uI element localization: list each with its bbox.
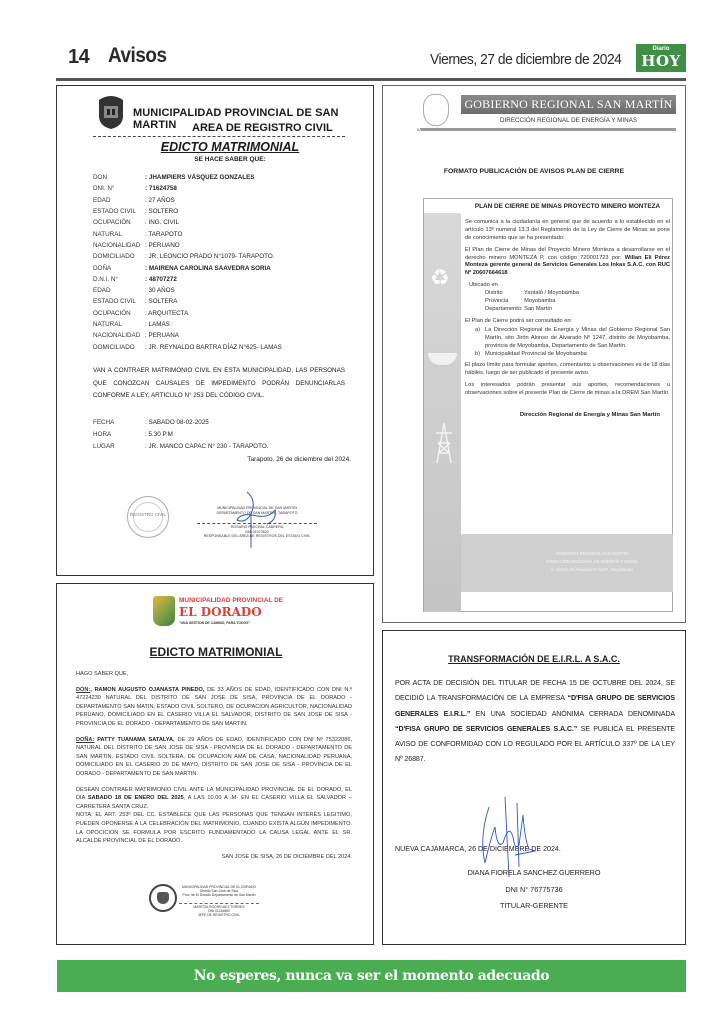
edict-subtitle: SE HACE SABER QUE: (57, 156, 373, 163)
consult-label: El Plan de Cierre podrá ser consultado e… (465, 318, 670, 326)
detail-row: DOÑA: MAIRENA CAROLINA SAAVEDRA SORIA (93, 262, 353, 273)
location-label: Departamento (485, 306, 521, 314)
registry-stamp: REGISTRO CIVIL (127, 496, 169, 538)
detail-row: LUGAR: JR. MANCO CAPAC N° 230 - TARAPOTO… (93, 440, 268, 452)
detail-value: : JR. REYNALDO BARTRA DÍAZ N°625- LAMAS (145, 344, 282, 351)
national-seal-icon (149, 884, 177, 912)
detail-value: : SOLTERO (145, 208, 178, 215)
edict-title: EDICTO MATRIMONIAL (57, 645, 373, 659)
detail-value: : LAMAS (145, 321, 170, 328)
detail-row: NACIONALIDAD: PERUANA (93, 330, 353, 341)
detail-row: NACIONALIDAD: PERUANO (93, 240, 353, 251)
page-number: 14 (68, 46, 89, 69)
plan-location: Ubicado en Distrito: Yantaló / Moyobamba… (465, 282, 670, 314)
detail-value: : MAIRENA CAROLINA SAAVEDRA SORIA (145, 265, 271, 272)
place-date: Tarapoto, 26 de diciembre del 2024. (247, 456, 351, 463)
detail-row: HORA: 5.30 P.M (93, 428, 268, 440)
signature-icon (475, 797, 545, 877)
place-date: SAN JOSE DE SISA, 26 DE DICIEMBRE DEL 20… (76, 853, 352, 862)
detail-row: OCUPACIÓN: ARQUITECTA (93, 308, 353, 319)
detail-label: DOMICILIADO (93, 253, 145, 260)
signer-role: TITULAR-GERENTE (383, 901, 685, 910)
power-tower-icon (434, 423, 454, 463)
plan-description: El Plan de Cierre de Minas del Proyecto … (465, 247, 670, 279)
notice-title: TRANSFORMACIÓN DE E.I.R.L. A S.A.C. (383, 654, 685, 664)
notice-company-transformation: TRANSFORMACIÓN DE E.I.R.L. A S.A.C. POR … (382, 630, 686, 945)
detail-label: D.N.I. N° (93, 276, 145, 283)
detail-label: NACIONALIDAD (93, 242, 145, 249)
detail-row: ESTADO CIVIL: SOLTERA (93, 296, 353, 307)
detail-label: DOMICILIADO (93, 344, 145, 351)
closure-plan-panel: ♻ PLAN DE CIERRE DE MINAS PROYECTO MINER… (423, 198, 673, 612)
closing-text: Los interesados podrán presentar sus apo… (465, 382, 670, 398)
groom-details: DON:, RAMON AUGUSTO OJANASTA PINEDO, DE … (76, 686, 352, 729)
notice-san-martin-marriage-edict: MUNICIPALIDAD PROVINCIAL DE SAN MARTIN A… (56, 85, 374, 576)
signature-block: MUNICIPALIDAD PROVINCIAL DE EL DORADO Di… (179, 885, 259, 917)
location-value: : San Martín (521, 306, 552, 314)
municipality-name-line1: MUNICIPALIDAD PROVINCIAL DE (179, 597, 283, 604)
plan-intro: Se comunica a la ciudadanía en general q… (465, 219, 670, 243)
detail-row: EDAD: 30 AÑOS (93, 285, 353, 296)
section-title: Avisos (108, 44, 167, 68)
plan-title: PLAN DE CIERRE DE MINAS PROYECTO MINERO … (465, 203, 670, 211)
org-department: AREA DE REGISTRO CIVIL (192, 122, 333, 134)
detail-value: : JR. LEONCIO PRADO N°1079- TARAPOTO. (145, 253, 275, 260)
recycle-icon: ♻ (430, 265, 450, 291)
detail-label: EDAD (93, 197, 145, 204)
footer-banner: No esperes, nunca va ser el momento adec… (57, 960, 686, 992)
government-banner: GOBIERNO REGIONAL SAN MARTÍN (461, 95, 676, 114)
detail-value: : PERUANO (145, 242, 180, 249)
detail-row: EDAD: 27 AÑOS (93, 195, 353, 206)
detail-label: OCUPACIÓN (93, 219, 145, 226)
issue-date: Viernes, 27 de diciembre de 2024 (430, 51, 621, 68)
detail-value: : SABADO 08-02-2025 (145, 419, 209, 426)
detail-value: : ARQUITECTA (145, 310, 188, 317)
government-footer: GOBIERNO REGIONAL SAN MARTÍN DIRECCIÓN R… (461, 534, 673, 592)
detail-row: DNI. N°: 71624758 (93, 183, 353, 194)
location-label: Provincia (485, 298, 521, 306)
signer-dni: DNI N° 76775736 (383, 885, 685, 894)
ceremony-details: DESEAN CONTRAER MATRIMONIO CIVIL ANTE LA… (76, 786, 352, 812)
header-rule (56, 78, 686, 81)
detail-label: NATURAL (93, 321, 145, 328)
newspaper-logo[interactable]: Diario HOY (636, 44, 686, 72)
detail-row: ESTADO CIVIL: SOLTERO (93, 206, 353, 217)
detail-label: DNI. N° (93, 185, 145, 192)
consult-place-item: b)Municipalidad Provincial de Moyobamba (475, 351, 670, 359)
detail-value: : 30 AÑOS (145, 287, 175, 294)
notice-mine-closure-plan: SAN MARTÍN GOBIERNO REGIONAL SAN MARTÍN … (382, 85, 686, 623)
logo-big-text: HOY (636, 53, 686, 70)
municipality-shield-icon (153, 596, 175, 626)
divider (421, 128, 676, 131)
legal-note: NOTA: EL ART. 253º DEL CC. ESTABLECE QUE… (76, 811, 352, 845)
detail-row: NATURAL: TARAPOTO (93, 228, 353, 239)
signature-block: MUNICIPALIDAD PROVINCIAL DE SAN MARTIN D… (197, 506, 317, 539)
detail-label: ESTADO CIVIL (93, 208, 145, 215)
detail-value: : 71624758 (145, 185, 177, 192)
detail-row: FECHA: SABADO 08-02-2025 (93, 416, 268, 428)
decorative-sidebar: ♻ (424, 213, 461, 612)
government-subtitle: DIRECCIÓN REGIONAL DE ENERGÍA Y MINAS (461, 117, 676, 124)
coat-of-arms-icon (95, 94, 127, 130)
detail-value: : PERUANA (145, 332, 179, 339)
consult-place-text: La Dirección Regional de Energía y Minas… (485, 327, 670, 351)
regional-crest-icon (423, 94, 449, 126)
notice-el-dorado-marriage-edict: MUNICIPALIDAD PROVINCIAL DE EL DORADO "U… (56, 583, 374, 945)
detail-value: : SOLTERA (145, 298, 177, 305)
list-marker: a) (475, 327, 485, 351)
detail-label: FECHA (93, 419, 145, 426)
location-label: Distrito (485, 290, 521, 298)
ceremony-details: FECHA: SABADO 08-02-2025HORA: 5.30 P.MLU… (93, 416, 268, 452)
edict-paragraph: VAN A CONTRAER MATRIMONIO CIVIL EN ESTA … (93, 365, 345, 403)
edict-title: EDICTO MATRIMONIAL (57, 140, 373, 154)
location-value: : Yantaló / Moyobamba (521, 290, 579, 298)
consult-places: a)La Dirección Regional de Energía y Min… (465, 327, 670, 359)
edict-intro: HAGO SABER QUE, (76, 670, 352, 679)
deadline-text: El plazo límite para formular aportes, c… (465, 362, 670, 378)
mining-cart-icon (428, 353, 457, 365)
detail-label: OCUPACIÓN (93, 310, 145, 317)
detail-row: DOMICILIADO: JR. REYNALDO BARTRA DÍAZ N°… (93, 341, 353, 352)
municipality-slogan: "UNA GESTION DE CAMBIO, PARA TODOS" (179, 621, 250, 625)
detail-value: : TARAPOTO (145, 231, 182, 238)
list-marker: b) (475, 351, 485, 359)
location-row: Provincia: Moyobamba (469, 298, 670, 306)
detail-value: : JHAMPIERS VÁSQUEZ GONZALES (145, 174, 255, 181)
detail-label: LUGAR (93, 443, 145, 450)
municipality-name-line2: EL DORADO (179, 605, 262, 619)
issuer-signature: Dirección Regional de Energía y Minas Sa… (465, 412, 670, 420)
detail-label: EDAD (93, 287, 145, 294)
detail-label: DOÑA (93, 265, 145, 272)
divider (93, 136, 345, 137)
location-value: : Moyobamba (521, 298, 555, 306)
detail-label: NACIONALIDAD (93, 332, 145, 339)
detail-value: : JR. MANCO CAPAC N° 230 - TARAPOTO. (145, 443, 268, 450)
detail-value: : 27 AÑOS (145, 197, 175, 204)
location-row: Distrito: Yantaló / Moyobamba (469, 290, 670, 298)
detail-row: DON: JHAMPIERS VÁSQUEZ GONZALES (93, 172, 353, 183)
format-title: FORMATO PUBLICACIÓN DE AVISOS PLAN DE CI… (383, 168, 685, 175)
detail-row: D.N.I. N°: 48707272 (93, 274, 353, 285)
detail-row: DOMICILIADO: JR. LEONCIO PRADO N°1079- T… (93, 251, 353, 262)
bride-details: DOÑA: PATTY TUANAMA SATALYA, DE 29 AÑOS … (76, 736, 352, 779)
notice-body: POR ACTA DE DECISIÓN DEL TITULAR DE FECH… (395, 676, 675, 768)
detail-row: NATURAL: LAMAS (93, 319, 353, 330)
consult-place-text: Municipalidad Provincial de Moyobamba (485, 351, 587, 359)
party-details: DON: JHAMPIERS VÁSQUEZ GONZALESDNI. N°: … (93, 172, 353, 353)
detail-label: HORA (93, 431, 145, 438)
detail-row: OCUPACIÓN: ING. CIVIL (93, 217, 353, 228)
location-row: Departamento: San Martín (469, 306, 670, 314)
consult-place-item: a)La Dirección Regional de Energía y Min… (475, 327, 670, 351)
detail-value: : ING. CIVIL (145, 219, 179, 226)
detail-label: DON (93, 174, 145, 181)
detail-label: NATURAL (93, 231, 145, 238)
detail-value: : 5.30 P.M (145, 431, 173, 438)
signer-name: DIANA FIORELA SANCHEZ GUERRERO (383, 868, 685, 877)
detail-label: ESTADO CIVIL (93, 298, 145, 305)
detail-value: : 48707272 (145, 276, 177, 283)
